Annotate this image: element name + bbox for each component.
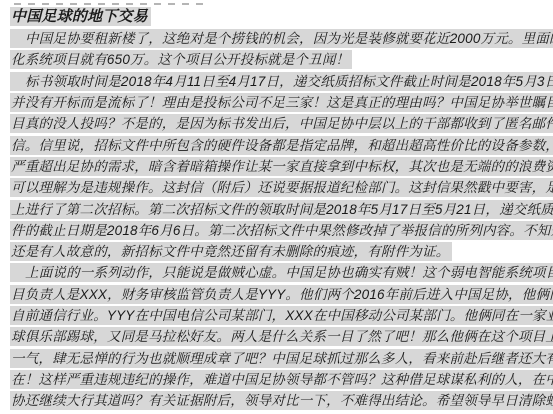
text-line: 中国足协要租新楼了，这绝对是个捞钱的机会，因为光是装修就要花近2000万元。里面… [10,28,545,49]
text-line: 在！这样严重违规违纪的操作，难道中国足协领导都不管吗？这种借足球谋私利的人，在中… [10,369,545,390]
highlighted-text: 标书领取时间是2018年4月11日至4月17日，递交纸质招标文件截止时间是201… [10,72,553,91]
highlighted-text: 球俱乐部踢球，又同是马拉松好友。两人是什么关系一目了然了吧！那么他俩在这个项目上… [10,327,553,346]
highlighted-text: 可以理解为是违规操作。这封信（附后）还说要据报道纪检部门。这封信果然戳中要害，足… [10,178,553,197]
text-line: 标书领取时间是2018年4月11日至4月17日，递交纸质招标文件截止时间是201… [10,71,545,92]
text-line: 上面说的一系列动作，只能说是做贼心虚。中国足协也确实有贼！这个弱电智能系统项目的… [10,262,545,283]
document-page: 中国足球的地下交易 中国足协要租新楼了，这绝对是个捞钱的机会，因为光是装修就要花… [0,0,553,414]
text-line: 并没有开标而是流标了！理由是投标公司不足三家！这是真正的理由吗？中国足协举世瞩目… [10,92,545,113]
highlighted-text: 在！这样严重违规违纪的操作，难道中国足协领导都不管吗？这种借足球谋私利的人，在中… [10,370,553,389]
text-line: 自前通信行业。YYY在中国电信公司某部门，XXX在中国移动公司某部门。他俩同在一… [10,305,545,326]
highlighted-text: 自前通信行业。YYY在中国电信公司某部门，XXX在中国移动公司某部门。他俩同在一… [10,306,553,325]
text-line: 可以理解为是违规操作。这封信（附后）还说要据报道纪检部门。这封信果然戳中要害，足… [10,177,545,198]
text-line: 严重超出足协的需求，暗含着暗箱操作让某一家直接拿到中标权，其次也是无端的的浪费资… [10,156,545,177]
highlighted-text: 并没有开标而是流标了！理由是投标公司不足三家！这是真正的理由吗？中国足协举世瞩目… [10,93,553,112]
text-line: 信。信里说，招标文件中所包含的硬件设备都是指定品牌，和超出超高性价比的设备参数，… [10,134,545,155]
text-line: 上进行了第二次招标。第二次招标文件的领取时间是2018年5月17日至5月21日，… [10,198,545,219]
highlighted-text: 件的截止日期是2018年6月6日。第二次招标文件中果然修改掉了举报信的所列内容。… [10,221,553,240]
text-line: 还是有人故意的，新招标文件中竟然还留有未删除的痕迹，有附件为证。 [10,241,545,262]
highlighted-text: 上面说的一系列动作，只能说是做贼心虚。中国足协也确实有贼！这个弱电智能系统项目的… [10,263,553,282]
text-line: 目负责人是XXX，财务审核监管负责人是YYY。他们两个2016年前后进入中国足协… [10,284,545,305]
highlighted-text: 信。信里说，招标文件中所包含的硬件设备都是指定品牌，和超出超高性价比的设备参数，… [10,136,553,155]
title-line: 中国足球的地下交易 [10,5,545,28]
highlighted-text: 一气，肆无忌惮的行为也就顺理成章了吧？中国足球抓过那么多人，看来前赴后继者还大有… [10,349,553,368]
highlighted-text: 中国足协要租新楼了，这绝对是个捞钱的机会，因为光是装修就要花近2000万元。里面… [10,29,553,48]
text-line: 一气，肆无忌惮的行为也就顺理成章了吧？中国足球抓过那么多人，看来前赴后继者还大有… [10,347,545,368]
text-line: 协还继续大行其道吗？有关证据附后，领导对比一下，不难得出结论。希望领导早日清除蛀… [10,390,545,411]
highlighted-text: 目真的没人投吗？不是的，是因为标书发出后，中国足协中层以上的干部都收到了匿名邮件… [10,114,553,133]
text-line: 件的截止日期是2018年6月6日。第二次招标文件中果然修改掉了举报信的所列内容。… [10,220,545,241]
document-title: 中国足球的地下交易 [10,7,151,26]
highlighted-text: 上进行了第二次招标。第二次招标文件的领取时间是2018年5月17日至5月21日，… [10,200,553,219]
highlighted-text: 目负责人是XXX，财务审核监管负责人是YYY。他们两个2016年前后进入中国足协… [10,285,553,304]
text-line: 目真的没人投吗？不是的，是因为标书发出后，中国足协中层以上的干部都收到了匿名邮件… [10,113,545,134]
highlighted-text: 化系统项目就有650万。这个项目公开投标就是个丑闻！ [10,50,352,69]
highlighted-text: 严重超出足协的需求，暗含着暗箱操作让某一家直接拿到中标权，其次也是无端的的浪费资… [10,157,553,176]
text-line: 化系统项目就有650万。这个项目公开投标就是个丑闻！ [10,49,545,70]
highlighted-text: 协还继续大行其道吗？有关证据附后，领导对比一下，不难得出结论。希望领导早日清除蛀… [10,391,553,410]
highlighted-text: 还是有人故意的，新招标文件中竟然还留有未删除的痕迹，有附件为证。 [10,242,452,261]
text-line: 球俱乐部踢球，又同是马拉松好友。两人是什么关系一目了然了吧！那么他俩在这个项目上… [10,326,545,347]
